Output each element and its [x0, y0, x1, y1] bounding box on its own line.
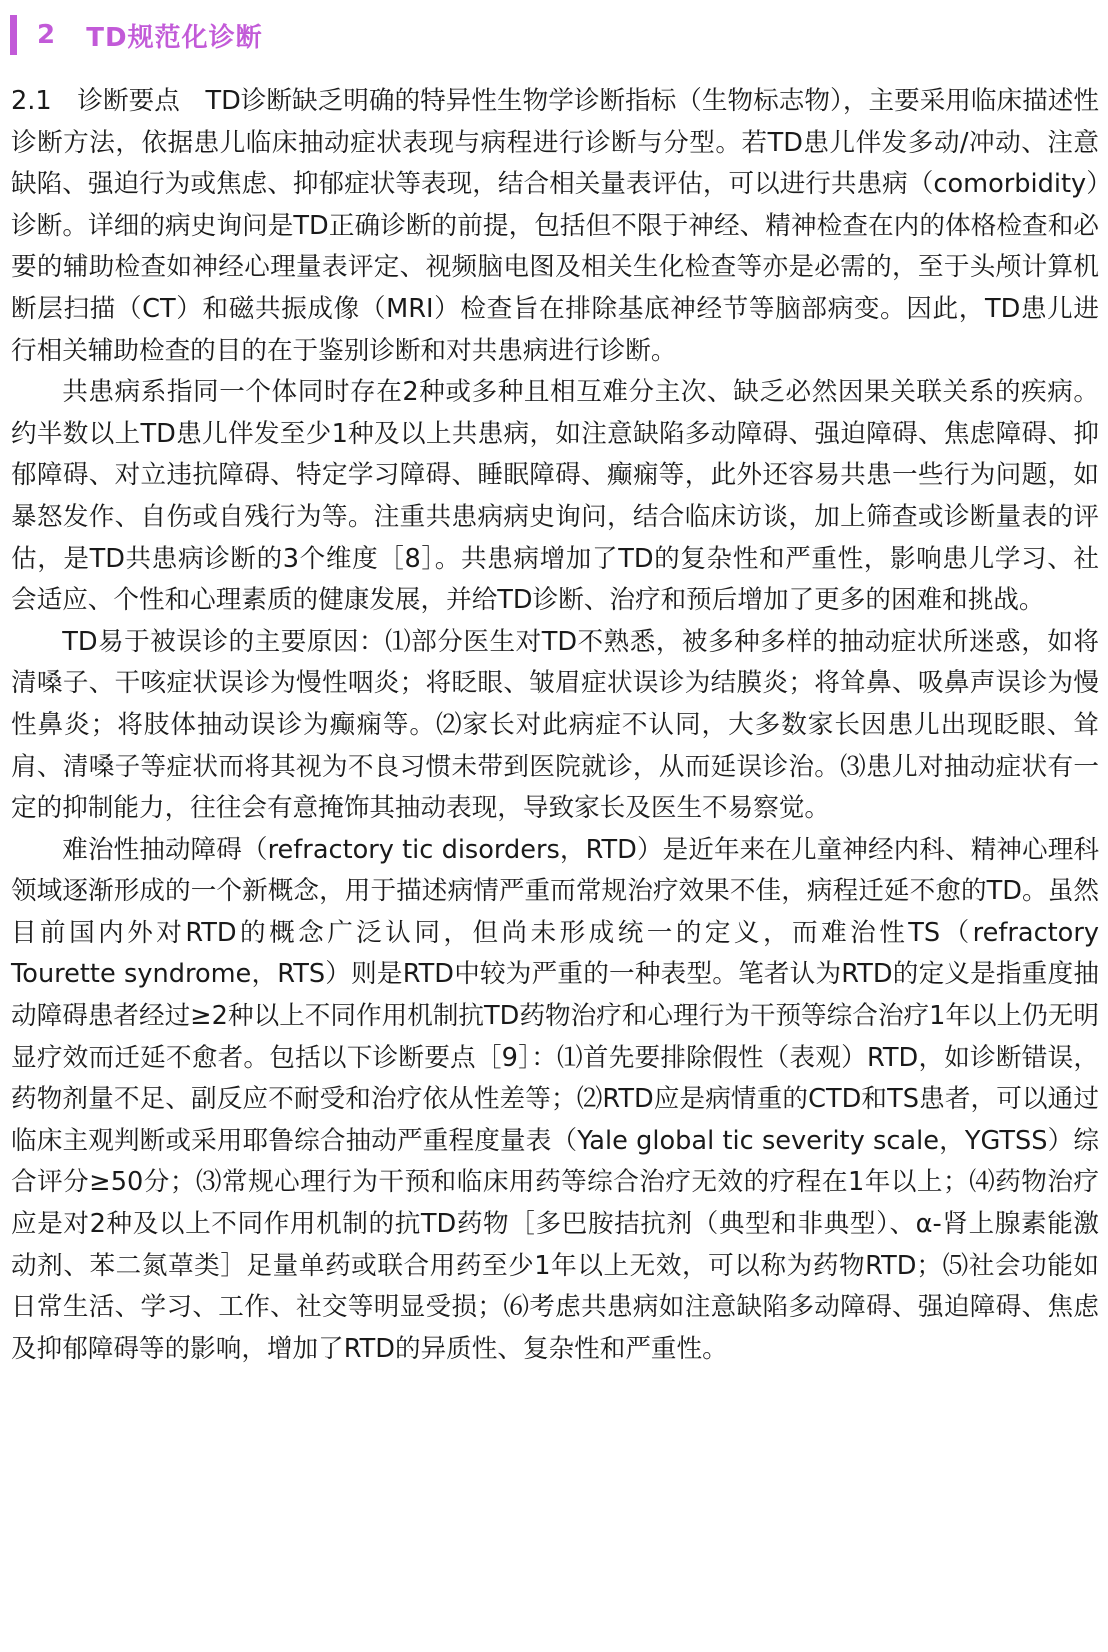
section-heading: 2 TD规范化诊断 — [10, 15, 263, 55]
paragraph-comorbidity: 共患病系指同一个体同时存在2种或多种且相互难分主次、缺乏必然因果关联关系的疾病。… — [11, 372, 1099, 622]
paragraph-diagnosis-points: 2.1 诊断要点 TD诊断缺乏明确的特异性生物学诊断指标（生物标志物），主要采用… — [11, 81, 1099, 372]
heading-title: TD规范化诊断 — [86, 17, 262, 54]
paragraph-refractory-td: 难治性抽动障碍（refractory tic disorders，RTD）是近年… — [11, 830, 1099, 1371]
subsection-label: 2.1 诊断要点 — [11, 86, 205, 116]
paragraph-misdiagnosis: TD易于被误诊的主要原因：⑴部分医生对TD不熟悉，被多种多样的抽动症状所迷惑，如… — [11, 622, 1099, 830]
paragraph-text: TD诊断缺乏明确的特异性生物学诊断指标（生物标志物），主要采用临床描述性诊断方法… — [11, 86, 1099, 366]
heading-number: 2 — [37, 20, 56, 50]
heading-accent-bar — [10, 15, 17, 55]
article-body: 2.1 诊断要点 TD诊断缺乏明确的特异性生物学诊断指标（生物标志物），主要采用… — [11, 81, 1099, 1370]
heading-spacer — [56, 20, 86, 50]
